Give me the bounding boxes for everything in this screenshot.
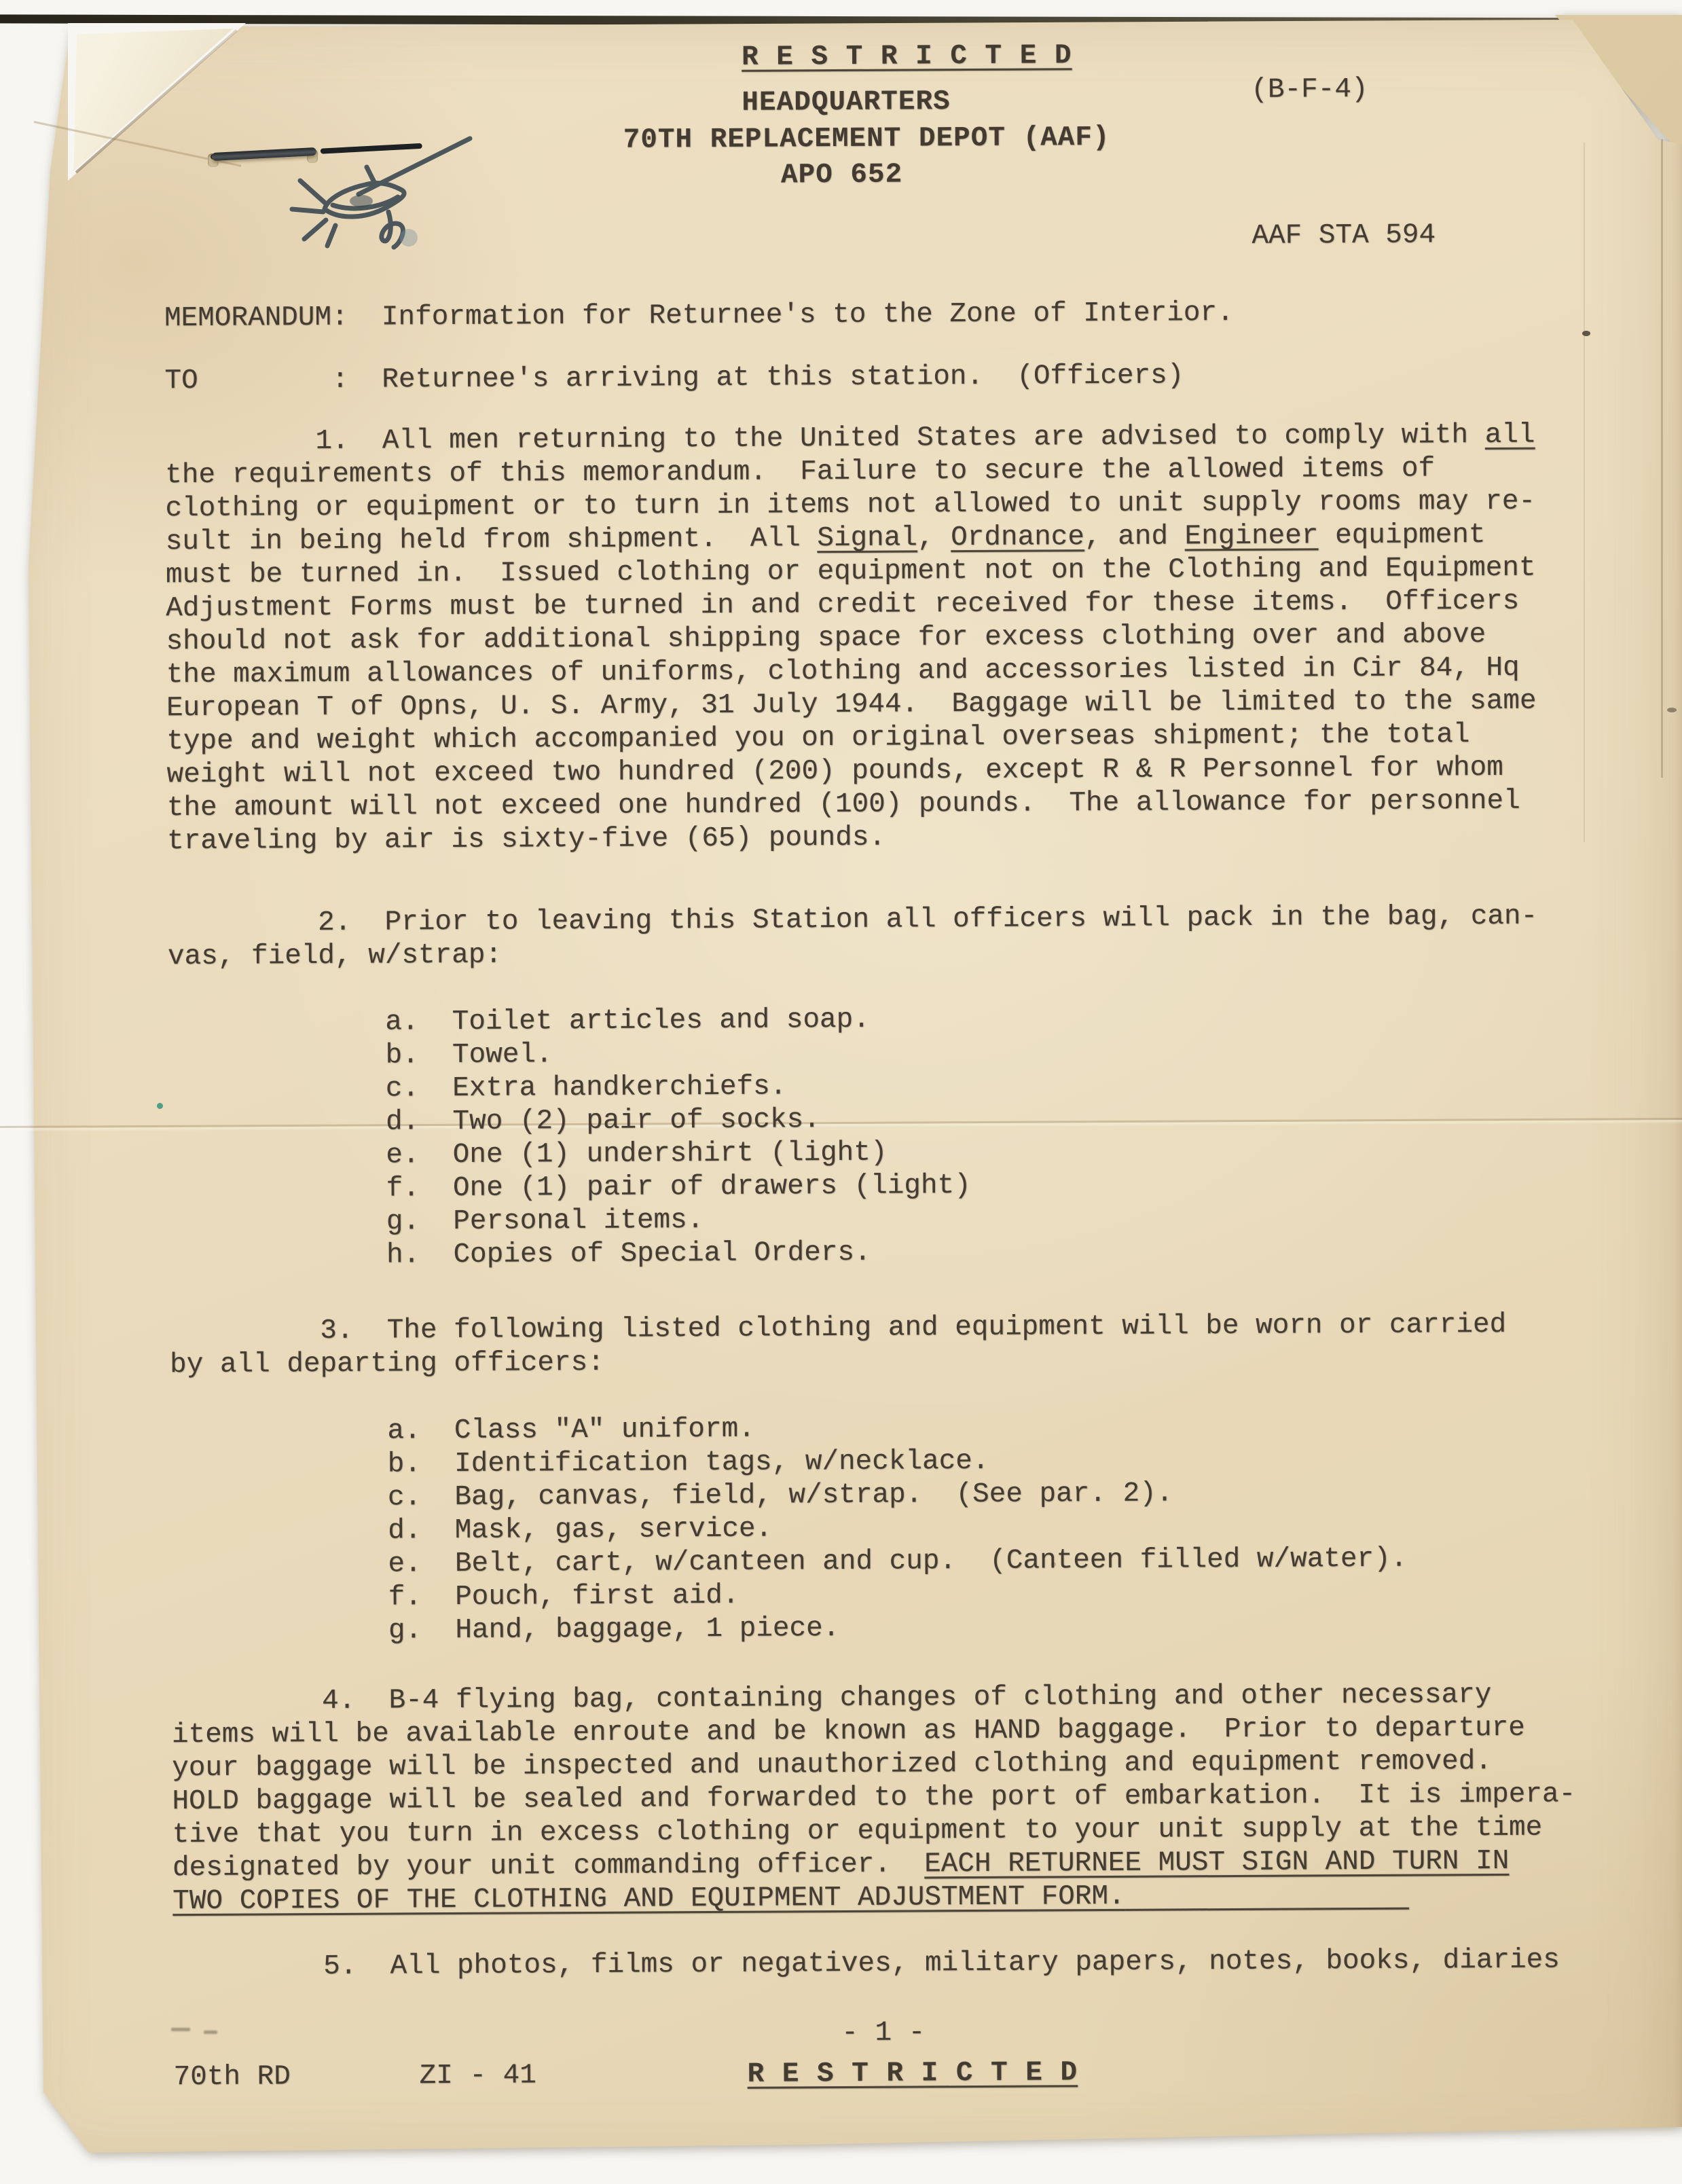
text-segment: d. Mask, gas, service. bbox=[170, 1514, 772, 1548]
text-segment: , and bbox=[1084, 521, 1185, 553]
text-segment: designated by your unit commanding offic… bbox=[172, 1849, 924, 1884]
text-line: a. Toilet articles and soap. bbox=[168, 1003, 970, 1040]
scanned-document-photo: { "header": { "classification": "R E S T… bbox=[0, 0, 1682, 2184]
underlined-text-segment: Engineer bbox=[1184, 520, 1318, 552]
text-segment: a. Class "A" uniform. bbox=[170, 1414, 754, 1449]
station-number: AAF STA 594 bbox=[1251, 219, 1436, 253]
text-segment: by all departing officers: bbox=[170, 1347, 604, 1381]
text-segment: b. Identification tags, w/necklace. bbox=[170, 1446, 989, 1481]
text-segment: HOLD baggage will be sealed and forwarde… bbox=[172, 1779, 1575, 1817]
text-segment: the maximum allowances of uniforms, clot… bbox=[166, 653, 1520, 691]
text-line: vas, field, w/strap: bbox=[168, 934, 1538, 975]
text-segment: 5. All photos, films or negatives, milit… bbox=[173, 1944, 1560, 1983]
underlined-text-segment: Ordnance bbox=[951, 522, 1084, 553]
text-segment: the amount will not exceed one hundred (… bbox=[167, 786, 1520, 824]
classification-banner-bottom: R E S T R I C T E D bbox=[747, 2056, 1078, 2092]
text-segment: should not ask for additional shipping s… bbox=[166, 619, 1486, 657]
text-segment: European T of Opns, U. S. Army, 31 July … bbox=[166, 686, 1537, 725]
text-segment: clothing or equipment or to turn in item… bbox=[165, 486, 1535, 525]
text-segment: must be turned in. Issued clothing or eq… bbox=[166, 553, 1536, 591]
classification-banner-top: R E S T R I C T E D bbox=[742, 39, 1072, 75]
paragraph-3: 3. The following listed clothing and equ… bbox=[170, 1309, 1507, 1382]
text-segment: tive that you turn in excess clothing or… bbox=[172, 1813, 1543, 1851]
typewritten-content: R E S T R I C T E D (B-F-4) HEADQUARTERS… bbox=[0, 0, 1682, 2184]
text-segment: b. Towel. bbox=[168, 1039, 553, 1072]
text-segment: your baggage will be inspected and unaut… bbox=[172, 1746, 1492, 1784]
text-line: by all departing officers: bbox=[170, 1342, 1507, 1382]
text-segment: c. Extra handkerchiefs. bbox=[168, 1071, 787, 1106]
to-line: TO : Returnee's arriving at this station… bbox=[164, 359, 1184, 398]
text-segment: 2. Prior to leaving this Station all off… bbox=[168, 901, 1538, 940]
text-segment: items will be available enroute and be k… bbox=[172, 1713, 1525, 1751]
text-segment: traveling by air is sixty-five (65) poun… bbox=[167, 822, 885, 858]
text-segment: d. Two (2) pair of socks. bbox=[168, 1104, 820, 1139]
text-line: h. Copies of Special Orders. bbox=[169, 1236, 971, 1273]
paragraph-2: 2. Prior to leaving this Station all off… bbox=[168, 900, 1538, 975]
org-apo: APO 652 bbox=[781, 159, 902, 193]
text-segment: c. Bag, canvas, field, w/strap. (See par… bbox=[170, 1478, 1173, 1514]
org-unit: 70TH REPLACEMENT DEPOT (AAF) bbox=[623, 122, 1110, 158]
text-segment: e. One (1) undershirt (light) bbox=[168, 1137, 887, 1173]
underlined-text-segment: Signal bbox=[817, 522, 917, 554]
text-line: g. Personal items. bbox=[169, 1203, 971, 1240]
packing-list: a. Toilet articles and soap. b. Towel. c… bbox=[168, 1003, 971, 1273]
text-segment: 3. The following listed clothing and equ… bbox=[170, 1309, 1507, 1347]
text-segment: e. Belt, cart, w/canteen and cup. (Cante… bbox=[171, 1544, 1408, 1582]
text-line: e. One (1) undershirt (light) bbox=[168, 1136, 970, 1173]
text-segment: f. One (1) pair of drawers (light) bbox=[169, 1170, 971, 1205]
text-segment: vas, field, w/strap: bbox=[168, 940, 502, 973]
text-line: 3. The following listed clothing and equ… bbox=[170, 1309, 1507, 1349]
text-line: e. Belt, cart, w/canteen and cup. (Cante… bbox=[171, 1543, 1408, 1583]
text-line: f. One (1) pair of drawers (light) bbox=[169, 1169, 971, 1207]
text-segment: sult in being held from shipment. All bbox=[166, 523, 818, 558]
text-segment: the requirements of this memorandum. Fai… bbox=[165, 453, 1435, 491]
underlined-text-segment: TWO COPIES OF THE CLOTHING AND EQUIPMENT… bbox=[172, 1881, 1125, 1917]
text-segment: a. Toilet articles and soap. bbox=[168, 1004, 870, 1039]
paragraph-5: 5. All photos, films or negatives, milit… bbox=[173, 1944, 1560, 1984]
paragraph-1: 1. All men returning to the United State… bbox=[165, 419, 1537, 859]
memorandum-line: MEMORANDUM: Information for Returnee's t… bbox=[164, 297, 1234, 335]
text-line: d. Two (2) pair of socks. bbox=[168, 1103, 970, 1140]
reference-code: (B-F-4) bbox=[1251, 73, 1368, 107]
text-segment: g. Personal items. bbox=[169, 1205, 704, 1239]
text-segment: f. Pouch, first aid. bbox=[171, 1580, 739, 1614]
text-segment: g. Hand, baggage, 1 piece. bbox=[171, 1613, 839, 1648]
text-line: g. Hand, baggage, 1 piece. bbox=[171, 1609, 1408, 1650]
worn-equipment-list: a. Class "A" uniform. b. Identification … bbox=[170, 1410, 1407, 1650]
text-line: 5. All photos, films or negatives, milit… bbox=[173, 1944, 1560, 1984]
text-line: b. Towel. bbox=[168, 1036, 970, 1074]
paragraph-4: 4. B-4 flying bag, containing changes of… bbox=[172, 1678, 1577, 1918]
text-segment: Adjustment Forms must be turned in and c… bbox=[166, 586, 1519, 624]
text-line: traveling by air is sixty-five (65) poun… bbox=[167, 818, 1537, 859]
text-line: c. Extra handkerchiefs. bbox=[168, 1070, 970, 1107]
text-segment: 4. B-4 flying bag, containing changes of… bbox=[172, 1679, 1492, 1717]
text-line: TWO COPIES OF THE CLOTHING AND EQUIPMENT… bbox=[172, 1878, 1576, 1918]
text-segment: h. Copies of Special Orders. bbox=[169, 1237, 871, 1272]
underlined-text-segment bbox=[1125, 1880, 1410, 1912]
text-segment: equipment bbox=[1318, 520, 1485, 551]
page-number: - 1 - bbox=[841, 2016, 925, 2050]
text-segment: , bbox=[917, 522, 951, 553]
text-segment: 1. All men returning to the United State… bbox=[165, 420, 1485, 458]
footer-unit: 70th RD bbox=[173, 2060, 290, 2094]
underlined-text-segment: EACH RETURNEE MUST SIGN AND TURN IN bbox=[924, 1846, 1509, 1880]
footer-doc-code: ZI - 41 bbox=[419, 2059, 536, 2093]
underlined-text-segment: all bbox=[1485, 420, 1535, 451]
org-headquarters: HEADQUARTERS bbox=[742, 86, 951, 120]
text-segment: type and weight which accompanied you on… bbox=[166, 719, 1469, 757]
text-segment: weight will not exceed two hundred (200)… bbox=[166, 752, 1503, 790]
